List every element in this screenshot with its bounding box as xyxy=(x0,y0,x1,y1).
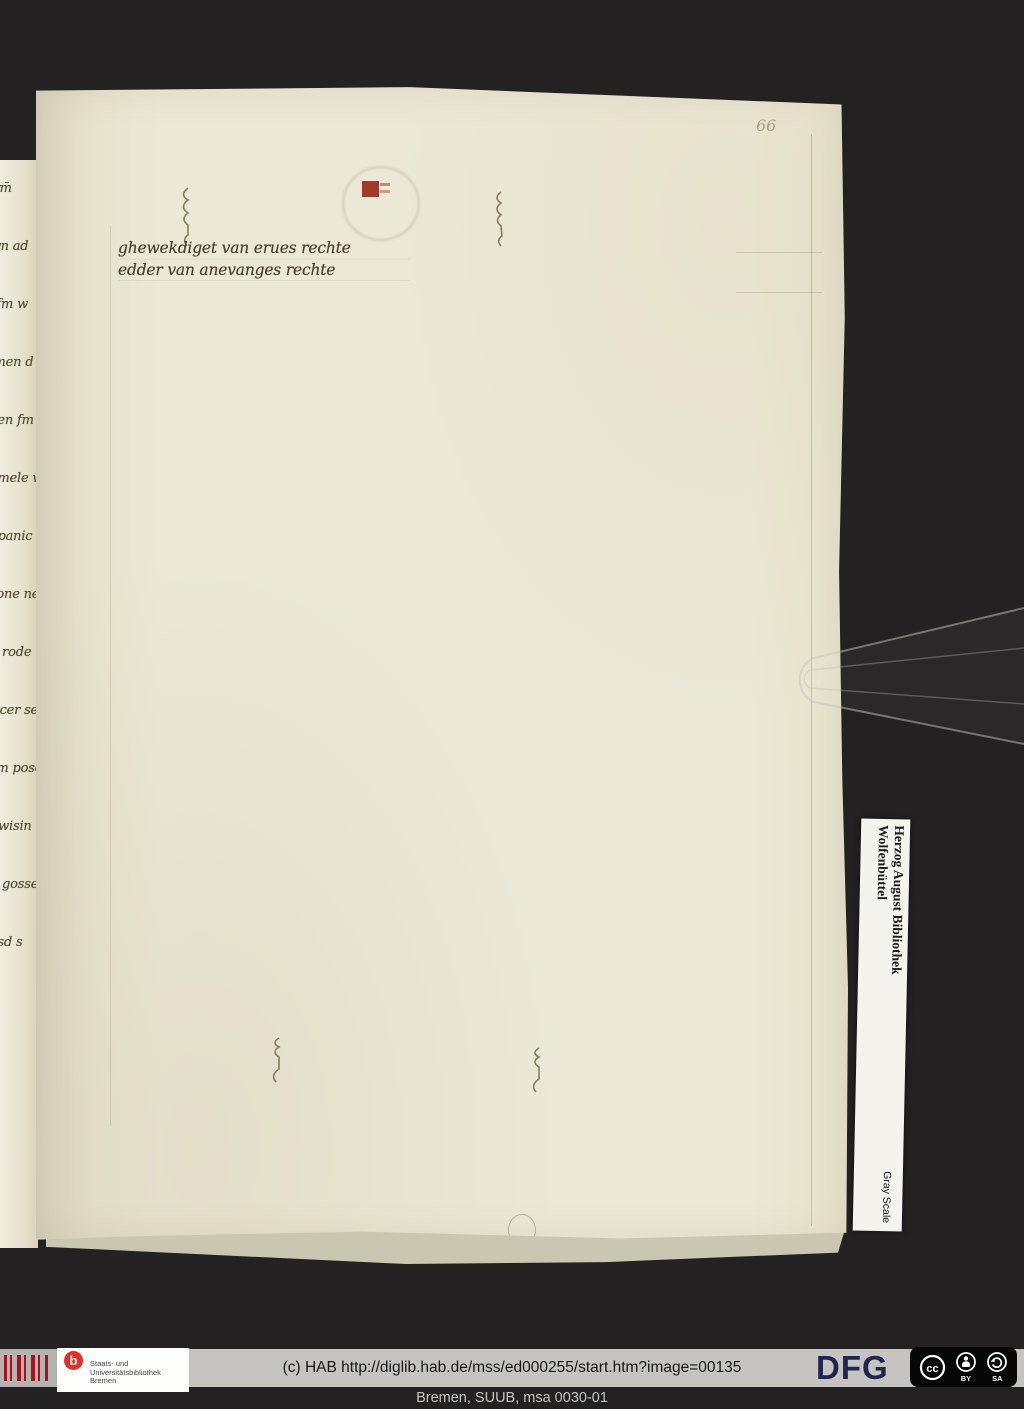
manuscript-line: s m pose xyxy=(0,740,38,798)
manuscript-line: s one nen xyxy=(0,566,38,624)
manuscript-line: ghewekdiget van erues rechte xyxy=(118,238,410,260)
ruling-line-horizontal-2 xyxy=(736,292,822,293)
cc-sa-icon: SA xyxy=(986,1351,1008,1383)
manuscript-line: e en fm xyxy=(0,392,38,450)
cc-license-badge: cc BY SA xyxy=(910,1347,1017,1387)
ruler-library-label: Herzog August Bibliothek Wolfenbüttel xyxy=(871,825,907,1036)
manuscript-line: emen d xyxy=(0,334,38,392)
shelfmark-caption: Bremen, SUUB, msa 0030-01 xyxy=(0,1390,1024,1406)
suub-logo-text: Staats- und Universitätsbibliothek Breme… xyxy=(90,1360,161,1386)
page-holder-rod xyxy=(770,596,1024,748)
cc-icon: cc xyxy=(919,1354,946,1381)
ruling-line-left-margin xyxy=(110,226,111,1126)
ink-flourish-bottom-right xyxy=(526,1046,552,1094)
cc-glyph: cc xyxy=(926,1363,938,1375)
manuscript-line: ft cer se xyxy=(0,682,38,740)
manuscript-line: m rode n xyxy=(0,624,38,682)
facing-page-edge: orm̄eyn ads fm wemen de en fmē mele wa p… xyxy=(0,160,38,1248)
cc-by-label: BY xyxy=(961,1374,971,1383)
color-ruler: Herzog August Bibliothek Wolfenbüttel Gr… xyxy=(853,819,911,1232)
red-column-mark xyxy=(362,181,379,197)
ink-flourish-bottom-left xyxy=(266,1036,292,1084)
suub-logo: b Staats- und Universitätsbibliothek Bre… xyxy=(57,1348,189,1392)
manuscript-line: edder van anevanges rechte xyxy=(118,260,410,282)
manuscript-line: orm̄ xyxy=(0,160,38,218)
ruling-line-horizontal-1 xyxy=(736,252,822,253)
manuscript-line: s fm w xyxy=(0,276,38,334)
cc-sa-label: SA xyxy=(992,1374,1002,1383)
manuscript-line: n wisin xyxy=(0,798,38,856)
manuscript-page: 66 ghewekdiget van erues rechteedder van… xyxy=(36,86,848,1242)
folio-number: 66 xyxy=(756,116,776,135)
ruler-ticks xyxy=(856,1009,905,1162)
suub-barcode-logo xyxy=(0,1349,57,1387)
footer-bar: (c) HAB http://diglib.hab.de/mss/ed00025… xyxy=(0,1349,1024,1387)
manuscript-line: eyn ad xyxy=(0,218,38,276)
manuscript-line: a panic n xyxy=(0,508,38,566)
manuscript-line: alsd s xyxy=(0,914,38,972)
manuscript-line: ē mele w xyxy=(0,450,38,508)
left-text-column: ghewekdiget van erues rechteedder van an… xyxy=(118,238,410,281)
manuscript-line: m gosse xyxy=(0,856,38,914)
suub-logo-circle: b xyxy=(64,1351,83,1370)
dfg-logo: DFG xyxy=(816,1349,889,1387)
gray-scale-label: Gray Scale xyxy=(880,1171,893,1223)
suub-text-line3: Bremen xyxy=(90,1377,161,1386)
ink-flourish-top-right xyxy=(488,190,514,248)
cc-by-icon: BY xyxy=(955,1351,977,1383)
